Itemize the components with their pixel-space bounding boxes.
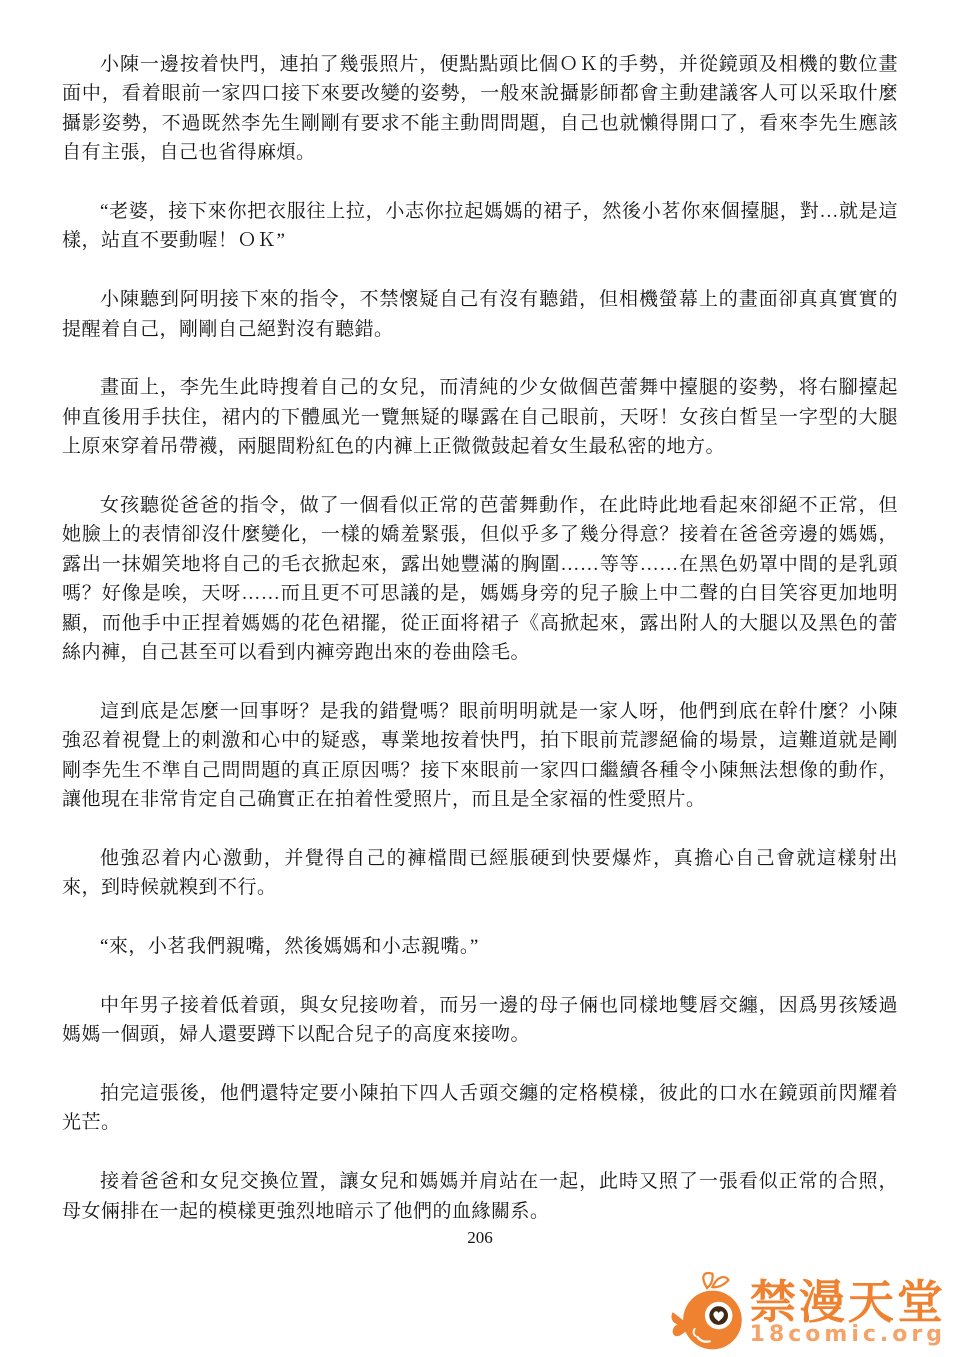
sprout-left [703,1273,712,1288]
paragraph: 中年男子接着低着頭，與女兒接吻着，而另一邊的母子倆也同樣地雙唇交纏，因爲男孩矮過… [62,991,898,1050]
paragraph: 女孩聽從爸爸的指令，做了一個看似正常的芭蕾舞動作，在此時此地看起來卻絕不正常，但… [62,491,898,667]
story-text: 小陳一邊按着快門，連拍了幾張照片，便點點頭比個ＯＫ的手勢，并從鏡頭及相機的數位畫… [62,50,898,1255]
paragraph: 畫面上，李先生此時搜着自己的女兒，而清純的少女做個芭蕾舞中擡腿的姿勢，将右腳擡起… [62,373,898,461]
brand-url: 18comic.org [750,1324,946,1346]
paragraph: 拍完這張後，他們還特定要小陳拍下四人舌頭交纏的定格模樣，彼此的口水在鏡頭前閃耀着… [62,1079,898,1138]
paragraph: “來，小茗我們親嘴，然後媽媽和小志親嘴。” [62,932,898,961]
brand-name: 禁漫天堂 [750,1278,946,1326]
sprout-right [712,1277,728,1287]
orange-mascot-icon [668,1271,748,1353]
page-number: 206 [62,1228,898,1248]
paragraph: 小陳聽到阿明接下來的指令，不禁懷疑自己有沒有聽錯，但相機螢幕上的畫面卻真真實實的… [62,285,898,344]
paragraph: 他強忍着内心激動，并覺得自己的褲檔間已經脹硬到快要爆炸，真擔心自己會就這樣射出來… [62,844,898,903]
brand-block: 禁漫天堂 18comic.org [750,1278,946,1346]
paragraph: 接着爸爸和女兒交換位置，讓女兒和媽媽并肩站在一起，此時又照了一張看似正常的合照，… [62,1167,898,1226]
paragraph: 小陳一邊按着快門，連拍了幾張照片，便點點頭比個ＯＫ的手勢，并從鏡頭及相機的數位畫… [62,50,898,168]
paragraph: 這到底是怎麼一回事呀？是我的錯覺嗎？眼前明明就是一家人呀，他們到底在幹什麼？小陳… [62,697,898,815]
watermark: 禁漫天堂 18comic.org [668,1271,946,1353]
paragraph: “老婆，接下來你把衣服往上拉，小志你拉起媽媽的裙子，然後小茗你來個擡腿，對…就是… [62,197,898,256]
document-page: 小陳一邊按着快門，連拍了幾張照片，便點點頭比個ＯＫ的手勢，并從鏡頭及相機的數位畫… [0,0,960,1357]
